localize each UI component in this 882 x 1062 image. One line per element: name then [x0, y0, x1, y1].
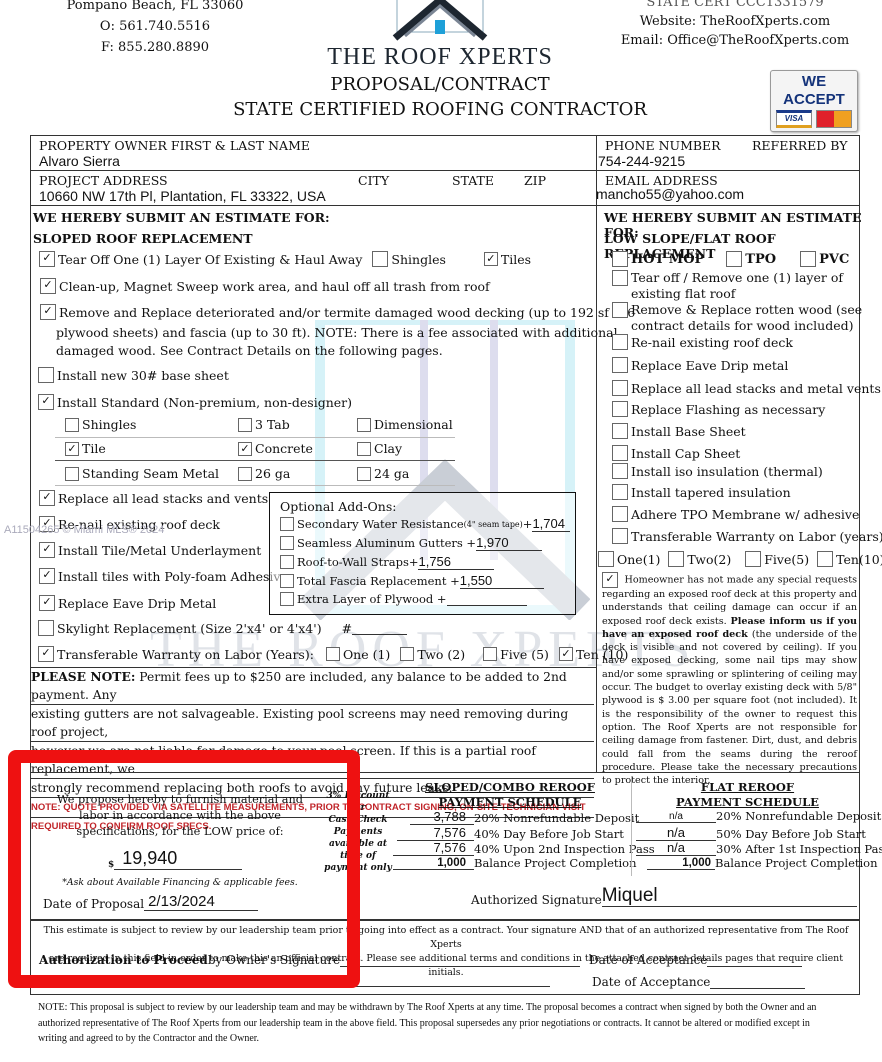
phone-label: PHONE NUMBER — [605, 138, 721, 153]
addons-title: Optional Add-Ons: — [280, 499, 396, 514]
flat-item-checkbox[interactable] — [612, 357, 628, 373]
payment-amount[interactable]: n/a — [636, 825, 716, 841]
addon-checkbox[interactable] — [280, 574, 294, 588]
tear-shingles-label: Shingles — [391, 252, 445, 267]
addon-price-field[interactable]: 1,756 — [418, 554, 494, 570]
polyfoam-checkbox[interactable]: ✓ — [39, 568, 55, 584]
mls-watermark: A11504265 © Miami MLS® 2024 — [4, 524, 164, 536]
underlayment-checkbox[interactable]: ✓ — [39, 542, 55, 558]
acceptance-date-field-2[interactable] — [710, 976, 805, 989]
warranty-five-checkbox[interactable] — [483, 647, 497, 661]
company-office-phone: O: 561.740.5516 — [40, 16, 270, 37]
please-note-line: existing gutters are not salvageable. Ex… — [31, 705, 594, 742]
company-contact-block: STATE CERT CCC1331579 Website: TheRoofXp… — [610, 0, 860, 50]
flat-item-checkbox[interactable] — [612, 334, 628, 350]
tpo-checkbox[interactable] — [726, 251, 742, 267]
flat-payment-row: n/a50% Day Before Job Start — [636, 825, 866, 841]
document-title: PROPOSAL/CONTRACT — [250, 74, 630, 95]
payment-label: 40% Upon 2nd Inspection Pass — [474, 842, 655, 856]
install-standard-checkbox[interactable]: ✓ — [38, 394, 54, 410]
flat-warranty-option-label: Ten(10) — [836, 552, 882, 567]
materials-grid: Shingles 3 Tab Dimensional ✓Tile ✓Concre… — [55, 415, 455, 486]
company-fax: F: 855.280.8890 — [40, 37, 270, 58]
flat-warranty-options: One(1) Two(2) Five(5) Ten(10) — [598, 551, 882, 567]
tear-shingles-checkbox[interactable] — [372, 251, 388, 267]
wood-checkbox[interactable]: ✓ — [40, 304, 56, 320]
wood-label-line3: damaged wood. See Contract Details on th… — [56, 342, 618, 360]
flat-rotten-row: Remove & Replace rotten wood (seecontrac… — [612, 302, 862, 334]
addon-checkbox[interactable] — [280, 517, 294, 531]
flat-item-row: Adhere TPO Membrane w/ adhesive — [612, 506, 859, 522]
addon-price-field[interactable]: 1,550 — [460, 573, 544, 589]
material-label: 24 ga — [374, 466, 409, 481]
addon-checkbox[interactable] — [280, 555, 294, 569]
state-label: STATE — [452, 173, 494, 188]
flat-type-label: PVC — [819, 252, 849, 267]
flat-item-row: Install iso insulation (thermal) — [612, 463, 823, 479]
base-sheet-label: Install new 30# base sheet — [57, 368, 229, 383]
warranty-label: Transferable Warranty on Labor (Years): — [57, 647, 314, 662]
flat-warranty-five-checkbox[interactable] — [745, 551, 761, 567]
payment-amount[interactable]: 1,000 — [647, 857, 715, 870]
flat-payment-row: 1,000Balance Project Completion — [647, 856, 878, 870]
addon-row: Extra Layer of Plywood + — [280, 592, 527, 606]
26ga-checkbox[interactable] — [238, 467, 252, 481]
company-email[interactable]: Email: Office@TheRoofXperts.com — [610, 31, 860, 50]
exposed-deck-text-2: (the underside of the deck is visible an… — [602, 629, 857, 786]
payment-amount[interactable]: n/a — [636, 811, 716, 823]
flat-item-row: Install Cap Sheet — [612, 445, 740, 461]
sloped-schedule-title: SLOPED/COMBO REROOF PAYMENT SCHEDULE — [410, 780, 610, 810]
payment-label: 30% After 1st Inspection Pass — [716, 842, 882, 856]
material-label: Concrete — [255, 441, 313, 456]
please-note-label: PLEASE NOTE: — [31, 669, 135, 684]
flat-item-row: Re-nail existing roof deck — [612, 334, 793, 350]
exposed-deck-disclaimer: ✓ Homeowner has not made any special req… — [602, 572, 857, 787]
dimensional-checkbox[interactable] — [357, 418, 371, 432]
sloped-item-label: Replace Eave Drip Metal — [58, 596, 216, 611]
flat-item-label: Install tapered insulation — [631, 485, 791, 500]
flat-types-row: HOT MOP TPO PVC — [612, 251, 849, 267]
payment-amount[interactable]: 1,000 — [393, 857, 474, 870]
warranty-one-checkbox[interactable] — [326, 647, 340, 661]
company-website[interactable]: Website: TheRoofXperts.com — [610, 12, 860, 31]
tear-tiles-checkbox[interactable]: ✓ — [484, 252, 498, 266]
flat-rotten-checkbox[interactable] — [612, 302, 628, 318]
payment-amount[interactable]: 7,576 — [393, 840, 474, 856]
sloped-item-label: Replace all lead stacks and vents — [58, 491, 268, 506]
flat-item-label: Install Cap Sheet — [631, 446, 740, 461]
cleanup-row: ✓ Clean-up, Magnet Sweep work area, and … — [40, 278, 490, 294]
standing-seam-checkbox[interactable] — [65, 467, 79, 481]
warranty-option-label: Two (2) — [417, 647, 465, 662]
sloped-heading: WE HEREBY SUBMIT AN ESTIMATE FOR: — [33, 210, 330, 225]
material-label: 26 ga — [255, 466, 290, 481]
flat-item-row: Replace Eave Drip metal — [612, 357, 788, 373]
tear-off-checkbox[interactable]: ✓ — [39, 251, 55, 267]
base-sheet-checkbox[interactable] — [38, 367, 54, 383]
material-label: 3 Tab — [255, 417, 290, 432]
sloped-item-label: Install tiles with Poly-foam Adhesive — [58, 569, 288, 584]
wood-label-cont: plywood sheets) and fascia (up to 30 ft)… — [56, 324, 618, 360]
clay-checkbox[interactable] — [357, 442, 371, 456]
flat-item-checkbox[interactable] — [612, 506, 628, 522]
payment-amount[interactable]: n/a — [636, 840, 716, 856]
sloped-payment-row: 7,57640% Day Before Job Start — [397, 825, 624, 841]
sloped-payment-row: 3,78820% Nonrefundable Deposit — [410, 809, 639, 825]
base-sheet-row: Install new 30# base sheet — [38, 367, 229, 383]
warranty-row: ✓ Transferable Warranty on Labor (Years)… — [38, 646, 628, 662]
addon-label: Total Fascia Replacement + — [297, 574, 460, 588]
addon-row: Total Fascia Replacement +1,550 — [280, 573, 544, 589]
payment-label: 40% Day Before Job Start — [474, 827, 624, 841]
material-label: Tile — [82, 441, 106, 456]
wood-label-line1: Remove and Replace deteriorated and/or t… — [59, 305, 635, 320]
three-tab-checkbox[interactable] — [238, 418, 252, 432]
addon-checkbox[interactable] — [280, 592, 294, 606]
flat-item-label: Adhere TPO Membrane w/ adhesive — [631, 507, 859, 522]
skylight-checkbox[interactable] — [38, 620, 54, 636]
company-city: Pompano Beach, FL 33060 — [40, 0, 270, 16]
state-cert: STATE CERT CCC1331579 — [610, 0, 860, 12]
brand-name: THE ROOF XPERTS — [310, 44, 570, 71]
schedule-title-2: PAYMENT SCHEDULE — [660, 795, 835, 810]
24ga-checkbox[interactable] — [357, 467, 371, 481]
skylight-row: Skylight Replacement (Size 2'x4' or 4'x4… — [38, 620, 407, 636]
cleanup-label: Clean-up, Magnet Sweep work area, and ha… — [59, 279, 490, 294]
warranty-ten-checkbox[interactable]: ✓ — [559, 647, 573, 661]
flat-item-label: Install Base Sheet — [631, 424, 746, 439]
flat-tear-off-row: Tear off / Remove one (1) layer ofexisti… — [612, 270, 843, 302]
address-label: PROJECT ADDRESS — [39, 173, 168, 188]
acceptance-date-label: Date of Acceptance — [589, 953, 707, 967]
flat-rotten-label: Remove & Replace rotten wood (seecontrac… — [631, 302, 862, 334]
flat-item-checkbox[interactable] — [612, 423, 628, 439]
addon-checkbox[interactable] — [280, 536, 294, 550]
flat-tear-off-label: Tear off / Remove one (1) layer ofexisti… — [631, 270, 843, 302]
sloped-item-row: ✓Replace all lead stacks and vents — [39, 490, 268, 506]
schedule-title-2: PAYMENT SCHEDULE — [410, 795, 610, 810]
schedule-title-1: SLOPED/COMBO REROOF — [410, 780, 610, 795]
address-field[interactable]: 10660 NW 17th Pl, Plantation, FL 33322, … — [39, 188, 326, 204]
sloped-item-row: ✓Replace Eave Drip Metal — [39, 595, 216, 611]
authorized-signature-label: Authorized Signature — [471, 893, 602, 907]
addon-label: Seamless Aluminum Gutters + — [297, 536, 476, 550]
sloped-item-label: Install Tile/Metal Underlayment — [58, 543, 261, 558]
optional-addons-box: Optional Add-Ons: Secondary Water Resist… — [269, 492, 576, 615]
flat-warranty-option-label: Five(5) — [764, 552, 809, 567]
flat-type-label: TPO — [745, 252, 776, 267]
sloped-item-row: ✓Install tiles with Poly-foam Adhesive — [39, 568, 288, 584]
flat-tear-off-checkbox[interactable] — [612, 270, 628, 286]
acceptance-date-row-1: Date of Acceptance — [589, 953, 802, 967]
flat-item-label: Replace Eave Drip metal — [631, 358, 788, 373]
payment-amount[interactable]: 3,788 — [410, 809, 474, 825]
addon-note: (4" seam tape) — [464, 520, 523, 529]
shingles-checkbox[interactable] — [65, 418, 79, 432]
owner-name-field[interactable]: Alvaro Sierra — [39, 153, 120, 169]
flat-warranty-option-label: One(1) — [617, 552, 660, 567]
flat-item-row: Transferable Warranty on Labor (years) — [612, 528, 882, 544]
flat-item-row: Replace all lead stacks and metal vents — [612, 380, 881, 396]
flat-item-checkbox[interactable] — [612, 463, 628, 479]
authorized-signature-row: Authorized Signature Miquel — [471, 886, 857, 907]
addon-row: Seamless Aluminum Gutters +1,970 — [280, 535, 542, 551]
hot-mop-checkbox[interactable] — [612, 251, 628, 267]
material-label: Clay — [374, 441, 402, 456]
install-standard-row: ✓ Install Standard (Non-premium, non-des… — [38, 394, 352, 410]
flat-item-row: Replace Flashing as necessary — [612, 401, 825, 417]
phone-field[interactable]: 754-244-9215 — [598, 153, 685, 169]
cleanup-checkbox[interactable]: ✓ — [40, 278, 56, 294]
addon-label: Roof-to-Wall Straps+ — [297, 555, 418, 569]
flat-item-checkbox[interactable] — [612, 401, 628, 417]
referred-by-label: REFERRED BY — [752, 138, 848, 153]
tear-tiles-label: Tiles — [501, 252, 531, 267]
visa-card-icon: VISA — [776, 110, 812, 128]
flat-item-label: Replace Flashing as necessary — [631, 402, 825, 417]
payment-amount[interactable]: 7,576 — [397, 825, 474, 841]
flat-item-checkbox[interactable] — [612, 380, 628, 396]
sloped-payment-row: 1,000Balance Project Completion — [393, 856, 637, 870]
flat-item-label: Replace all lead stacks and metal vents — [631, 381, 881, 396]
concrete-checkbox[interactable]: ✓ — [238, 442, 252, 456]
payment-label: 50% Day Before Job Start — [716, 827, 866, 841]
addon-price-field[interactable]: 1,704 — [532, 516, 570, 532]
addon-plus: + — [523, 517, 533, 531]
mastercard-icon — [816, 110, 852, 128]
exposed-deck-checkbox[interactable]: ✓ — [602, 572, 618, 588]
wood-row: ✓ Remove and Replace deteriorated and/or… — [40, 304, 635, 320]
we-accept-badge: WE ACCEPT VISA — [770, 70, 858, 132]
flat-warranty-checkbox[interactable] — [612, 528, 628, 544]
highlight-annotation-box — [8, 750, 360, 988]
material-label: Dimensional — [374, 417, 453, 432]
schedule-title-1: FLAT REROOF — [660, 780, 835, 795]
material-label: Standing Seam Metal — [82, 466, 219, 481]
flat-item-row: Install Base Sheet — [612, 423, 746, 439]
warranty-two-checkbox[interactable] — [400, 647, 414, 661]
flat-item-row: Install tapered insulation — [612, 484, 791, 500]
wood-label-line2: plywood sheets) and fascia (up to 30 ft)… — [56, 324, 618, 342]
sloped-payment-row: 7,57640% Upon 2nd Inspection Pass — [393, 840, 655, 856]
lead-stacks-checkbox[interactable]: ✓ — [39, 490, 55, 506]
acceptance-date-field-1[interactable] — [707, 954, 802, 967]
sloped-subheading: SLOPED ROOF REPLACEMENT — [33, 231, 253, 246]
skylight-label: Skylight Replacement (Size 2'x4' or 4'x4… — [57, 621, 322, 636]
addon-label: Extra Layer of Plywood + — [297, 592, 447, 606]
badge-accept: ACCEPT — [771, 92, 857, 107]
flat-schedule-title: FLAT REROOF PAYMENT SCHEDULE — [660, 780, 835, 810]
tear-off-label: Tear Off One (1) Layer Of Existing & Hau… — [58, 252, 362, 267]
company-address-block: Pompano Beach, FL 33060 O: 561.740.5516 … — [40, 0, 270, 58]
tear-off-row: ✓ Tear Off One (1) Layer Of Existing & H… — [39, 251, 531, 267]
owner-label: PROPERTY OWNER FIRST & LAST NAME — [39, 138, 310, 153]
payment-label: 20% Nonrefundable Deposit — [474, 811, 639, 825]
flat-payment-row: n/a30% After 1st Inspection Pass — [636, 840, 882, 856]
email-field[interactable]: mancho55@yahoo.com — [596, 186, 744, 202]
addon-price-field[interactable]: 1,970 — [476, 535, 542, 551]
flat-warranty-option-label: Two(2) — [687, 552, 731, 567]
addon-row: Secondary Water Resistance(4" seam tape)… — [280, 516, 570, 532]
badge-we: WE — [771, 74, 857, 89]
acceptance-date-row-2: Date of Acceptance — [592, 975, 805, 989]
tile-checkbox[interactable]: ✓ — [65, 442, 79, 456]
skylight-count-field[interactable] — [352, 622, 407, 635]
roof-logo-icon — [375, 0, 505, 44]
flat-item-label: Transferable Warranty on Labor (years) — [631, 529, 882, 544]
city-label: CITY — [358, 173, 389, 188]
flat-item-checkbox[interactable] — [612, 445, 628, 461]
warranty-option-label: Five (5) — [500, 647, 549, 662]
pvc-checkbox[interactable] — [800, 251, 816, 267]
skylight-count-prefix: # — [342, 621, 352, 636]
acceptance-date-label: Date of Acceptance — [592, 975, 710, 989]
flat-item-checkbox[interactable] — [612, 484, 628, 500]
addon-row: Roof-to-Wall Straps+1,756 — [280, 554, 494, 570]
flat-item-label: Re-nail existing roof deck — [631, 335, 793, 350]
flat-warranty-one-checkbox[interactable] — [598, 551, 614, 567]
document-subtitle: STATE CERTIFIED ROOFING CONTRACTOR — [220, 99, 660, 120]
flat-warranty-ten-checkbox[interactable] — [817, 551, 833, 567]
payment-label: 20% Nonrefundable Deposit — [716, 809, 881, 823]
payment-label: Balance Project Completion — [474, 856, 637, 870]
owner-signature-field[interactable] — [340, 954, 580, 967]
sloped-item-row: ✓Install Tile/Metal Underlayment — [39, 542, 261, 558]
eave-drip-checkbox[interactable]: ✓ — [39, 595, 55, 611]
addon-label: Secondary Water Resistance — [297, 517, 464, 531]
install-standard-label: Install Standard (Non-premium, non-desig… — [57, 395, 352, 410]
footer-note: NOTE: This proposal is subject to review… — [38, 1000, 838, 1047]
authorized-signature-field[interactable]: Miquel — [602, 886, 857, 907]
flat-payment-row: n/a20% Nonrefundable Deposit — [636, 809, 881, 823]
payment-label: Balance Project Completion — [715, 856, 878, 870]
flat-warranty-two-checkbox[interactable] — [668, 551, 684, 567]
warranty-option-label: One (1) — [343, 647, 390, 662]
material-label: Shingles — [82, 417, 136, 432]
addon-price-field[interactable] — [447, 593, 527, 606]
flat-type-label: HOT MOP — [631, 252, 704, 267]
flat-item-label: Install iso insulation (thermal) — [631, 464, 823, 479]
warranty-checkbox[interactable]: ✓ — [38, 646, 54, 662]
zip-label: ZIP — [524, 173, 546, 188]
